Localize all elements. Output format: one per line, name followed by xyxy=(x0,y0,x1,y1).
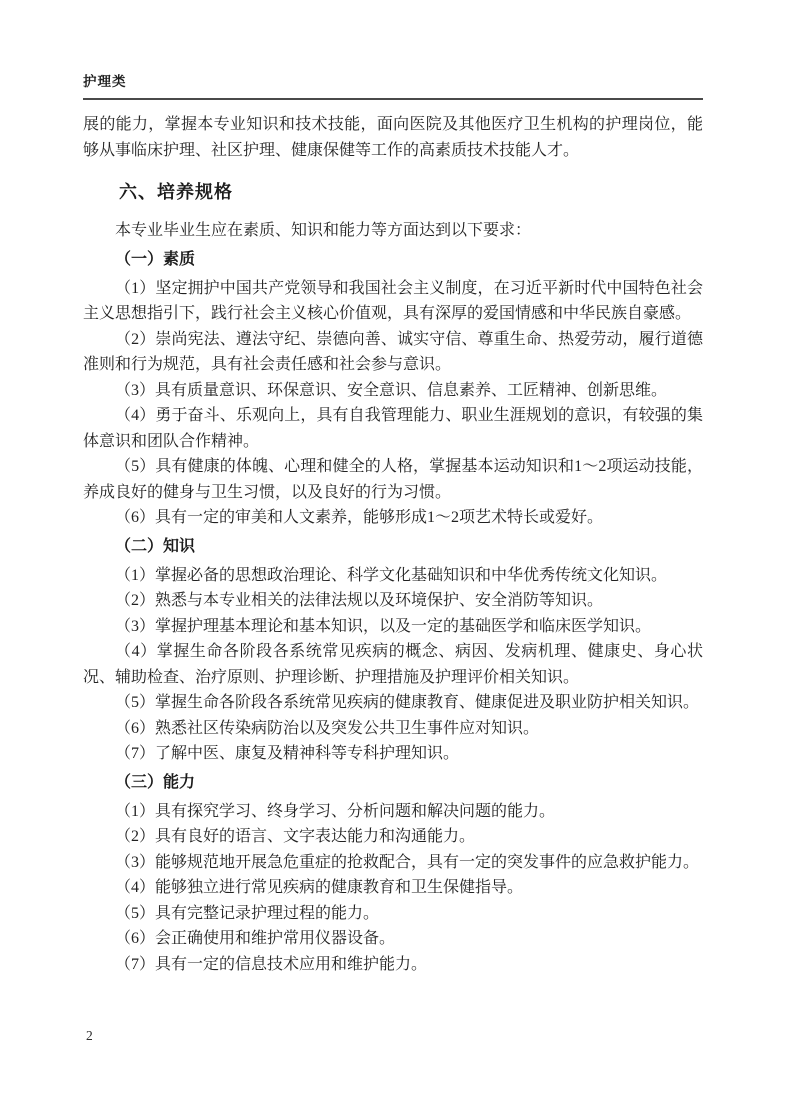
subsection-title-knowledge: （二）知识 xyxy=(83,534,703,560)
list-item: （1）具有探究学习、终身学习、分析问题和解决问题的能力。 xyxy=(83,799,703,825)
page-number: 2 xyxy=(86,1028,93,1044)
list-item: （3）具有质量意识、环保意识、安全意识、信息素养、工匠精神、创新思维。 xyxy=(83,378,703,404)
header-category-label: 护理类 xyxy=(83,70,703,90)
list-item: （6）熟悉社区传染病防治以及突发公共卫生事件应对知识。 xyxy=(83,716,703,742)
list-item: （6）会正确使用和维护常用仪器设备。 xyxy=(83,926,703,952)
subsection-title-ability: （三）能力 xyxy=(83,770,703,796)
list-item: （5）具有完整记录护理过程的能力。 xyxy=(83,901,703,927)
list-item: （3）能够规范地开展急危重症的抢救配合，具有一定的突发事件的应急救护能力。 xyxy=(83,850,703,876)
list-item: （3）掌握护理基本理论和基本知识，以及一定的基础医学和临床医学知识。 xyxy=(83,614,703,640)
list-item: （4）能够独立进行常见疾病的健康教育和卫生保健指导。 xyxy=(83,875,703,901)
section-lead: 本专业毕业生应在素质、知识和能力等方面达到以下要求： xyxy=(83,218,703,244)
page-body: 展的能力，掌握本专业知识和技术技能，面向医院及其他医疗卫生机构的护理岗位，能够从… xyxy=(83,112,703,977)
list-item: （2）崇尚宪法、遵法守纪、崇德向善、诚实守信、尊重生命、热爱劳动，履行道德准则和… xyxy=(83,327,703,378)
subsection-title-quality: （一）素质 xyxy=(83,247,703,273)
header-rule xyxy=(83,98,703,100)
page-header: 护理类 xyxy=(83,70,703,100)
list-item: （2）具有良好的语言、文字表达能力和沟通能力。 xyxy=(83,824,703,850)
section-title: 六、培养规格 xyxy=(83,179,703,205)
list-item: （5）具有健康的体魄、心理和健全的人格，掌握基本运动知识和1～2项运动技能，养成… xyxy=(83,454,703,505)
list-item: （7）具有一定的信息技术应用和维护能力。 xyxy=(83,952,703,978)
list-item: （1）掌握必备的思想政治理论、科学文化基础知识和中华优秀传统文化知识。 xyxy=(83,563,703,589)
list-item: （2）熟悉与本专业相关的法律法规以及环境保护、安全消防等知识。 xyxy=(83,588,703,614)
list-item: （4）勇于奋斗、乐观向上，具有自我管理能力、职业生涯规划的意识，有较强的集体意识… xyxy=(83,403,703,454)
list-item: （7）了解中医、康复及精神科等专科护理知识。 xyxy=(83,741,703,767)
list-item: （5）掌握生命各阶段各系统常见疾病的健康教育、健康促进及职业防护相关知识。 xyxy=(83,690,703,716)
intro-paragraph: 展的能力，掌握本专业知识和技术技能，面向医院及其他医疗卫生机构的护理岗位，能够从… xyxy=(83,112,703,163)
list-item: （6）具有一定的审美和人文素养，能够形成1～2项艺术特长或爱好。 xyxy=(83,505,703,531)
list-item: （1）坚定拥护中国共产党领导和我国社会主义制度，在习近平新时代中国特色社会主义思… xyxy=(83,276,703,327)
document-page: 护理类 展的能力，掌握本专业知识和技术技能，面向医院及其他医疗卫生机构的护理岗位… xyxy=(0,0,800,1114)
list-item: （4）掌握生命各阶段各系统常见疾病的概念、病因、发病机理、健康史、身心状况、辅助… xyxy=(83,639,703,690)
